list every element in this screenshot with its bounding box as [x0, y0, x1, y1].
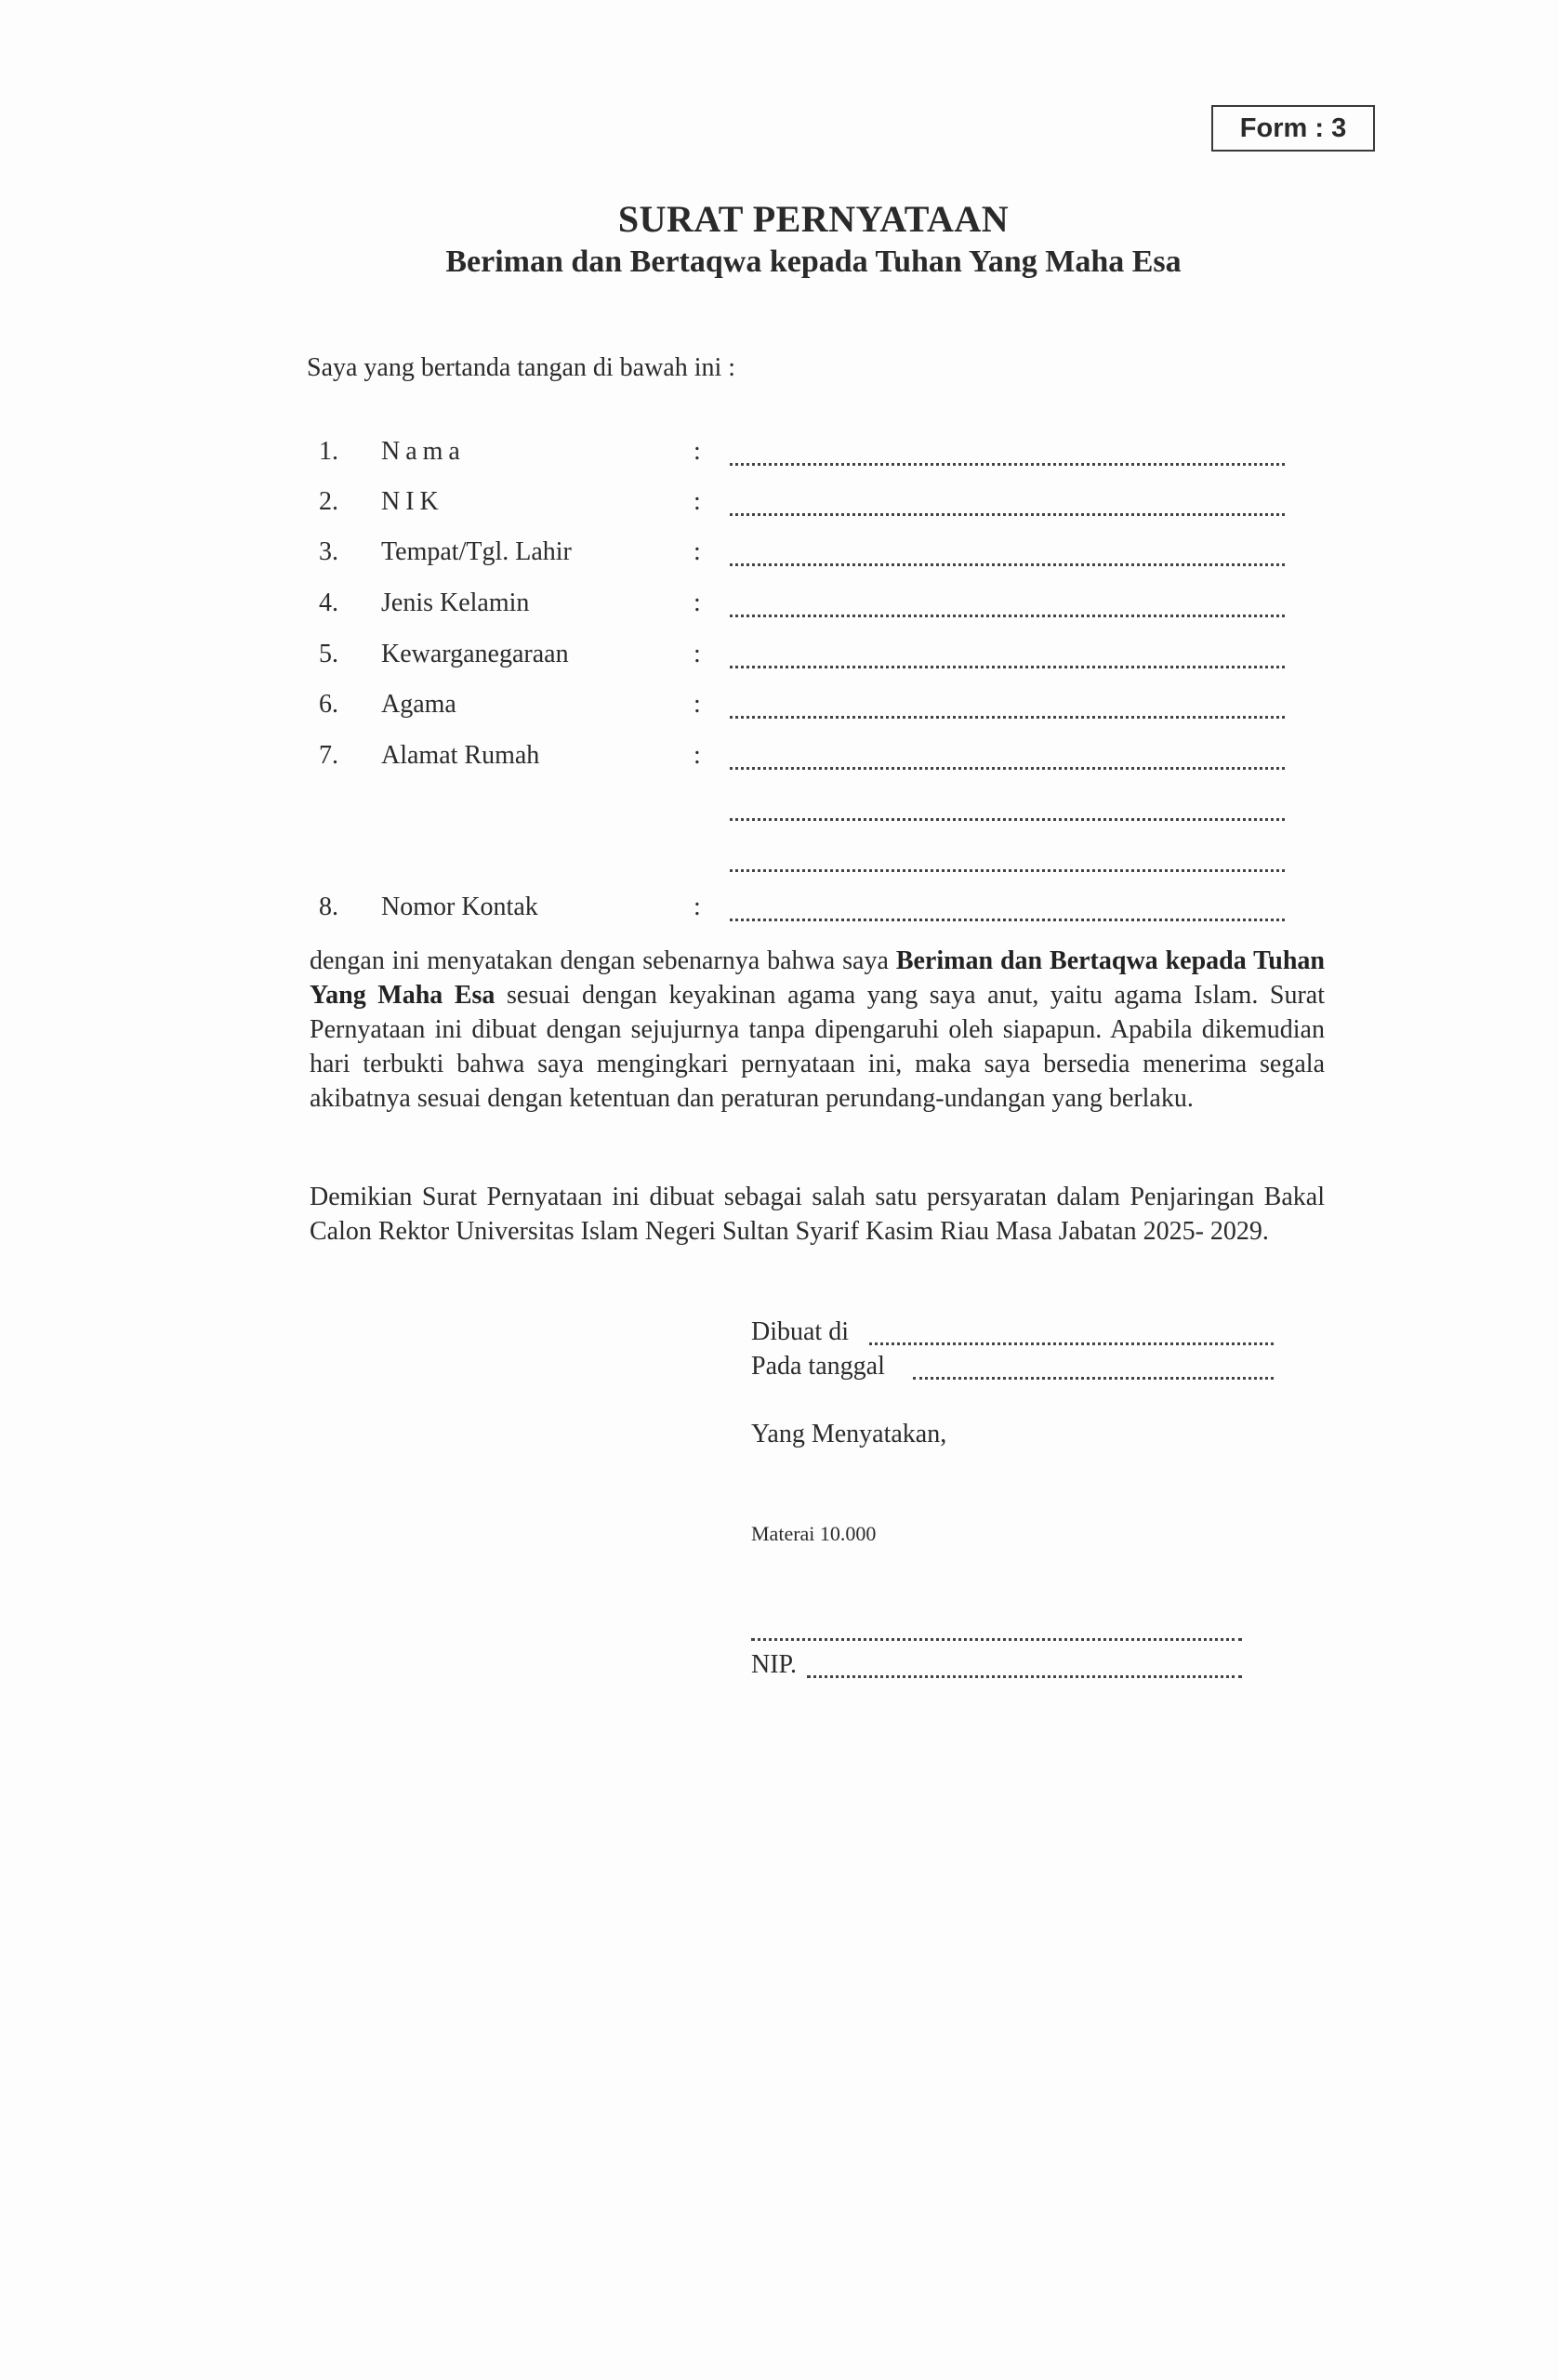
- intro-text: Saya yang bertanda tangan di bawah ini :: [307, 353, 735, 383]
- date-line: Pada tanggal: [751, 1352, 885, 1382]
- field-number: 1.: [319, 437, 338, 467]
- jenis-kelamin-field[interactable]: [730, 615, 1285, 617]
- tempat-tgl-lahir-field[interactable]: [730, 563, 1285, 566]
- field-separator: :: [694, 437, 701, 467]
- field-separator: :: [694, 640, 701, 669]
- field-label: Alamat Rumah: [381, 741, 539, 771]
- field-row-tempat-tgl-lahir: 3. Tempat/Tgl. Lahir :: [0, 537, 1559, 575]
- alamat-rumah-field[interactable]: [730, 767, 1285, 770]
- nip-line: NIP.: [751, 1650, 797, 1680]
- place-field[interactable]: [869, 1342, 1274, 1345]
- field-row-alamat-rumah-line-3: [0, 843, 1559, 880]
- field-number: 7.: [319, 741, 338, 771]
- field-separator: :: [694, 588, 701, 618]
- field-separator: :: [694, 487, 701, 517]
- field-number: 8.: [319, 892, 338, 922]
- statement-text-start: dengan ini menyatakan dengan sebenarnya …: [310, 946, 896, 975]
- field-row-nomor-kontak: 8. Nomor Kontak :: [0, 892, 1559, 930]
- field-number: 2.: [319, 487, 338, 517]
- place-label: Dibuat di: [751, 1317, 849, 1346]
- field-label: Jenis Kelamin: [381, 588, 529, 618]
- field-row-alamat-rumah: 7. Alamat Rumah :: [0, 741, 1559, 778]
- field-number: 4.: [319, 588, 338, 618]
- field-label: Kewarganegaraan: [381, 640, 569, 669]
- closing-paragraph: Demikian Surat Pernyataan ini dibuat seb…: [310, 1180, 1325, 1249]
- signer-name-field[interactable]: [751, 1638, 1242, 1641]
- place-line: Dibuat di: [751, 1317, 849, 1347]
- nama-field[interactable]: [730, 463, 1285, 466]
- stamp-note: Materai 10.000: [751, 1522, 876, 1546]
- field-separator: :: [694, 690, 701, 720]
- closing-text: Yang Menyatakan,: [751, 1420, 946, 1449]
- nip-label: NIP.: [751, 1650, 797, 1679]
- field-number: 3.: [319, 537, 338, 567]
- field-label: Agama: [381, 690, 456, 720]
- field-row-nik: 2. NIK :: [0, 487, 1559, 524]
- field-label: Tempat/Tgl. Lahir: [381, 537, 572, 567]
- field-label: NIK: [381, 487, 444, 517]
- field-separator: :: [694, 892, 701, 922]
- nik-field[interactable]: [730, 513, 1285, 516]
- field-label: Nomor Kontak: [381, 892, 538, 922]
- document-subtitle: Beriman dan Bertaqwa kepada Tuhan Yang M…: [0, 245, 1559, 280]
- field-number: 5.: [319, 640, 338, 669]
- statement-paragraph: dengan ini menyatakan dengan sebenarnya …: [310, 944, 1325, 1116]
- field-label: Nama: [381, 437, 466, 467]
- date-label: Pada tanggal: [751, 1352, 885, 1381]
- field-row-alamat-rumah-line-2: [0, 792, 1559, 829]
- alamat-rumah-field-line-2[interactable]: [730, 818, 1285, 821]
- field-separator: :: [694, 537, 701, 567]
- document-title: SURAT PERNYATAAN: [0, 197, 1559, 241]
- field-row-nama: 1. Nama :: [0, 437, 1559, 474]
- field-row-agama: 6. Agama :: [0, 690, 1559, 727]
- date-field[interactable]: [913, 1377, 1274, 1380]
- field-number: 6.: [319, 690, 338, 720]
- nip-field[interactable]: [807, 1675, 1242, 1678]
- nomor-kontak-field[interactable]: [730, 919, 1285, 921]
- field-row-jenis-kelamin: 4. Jenis Kelamin :: [0, 588, 1559, 626]
- alamat-rumah-field-line-3[interactable]: [730, 869, 1285, 872]
- agama-field[interactable]: [730, 716, 1285, 719]
- field-separator: :: [694, 741, 701, 771]
- kewarganegaraan-field[interactable]: [730, 666, 1285, 668]
- field-row-kewarganegaraan: 5. Kewarganegaraan :: [0, 640, 1559, 677]
- form-number-badge: Form : 3: [1211, 105, 1375, 152]
